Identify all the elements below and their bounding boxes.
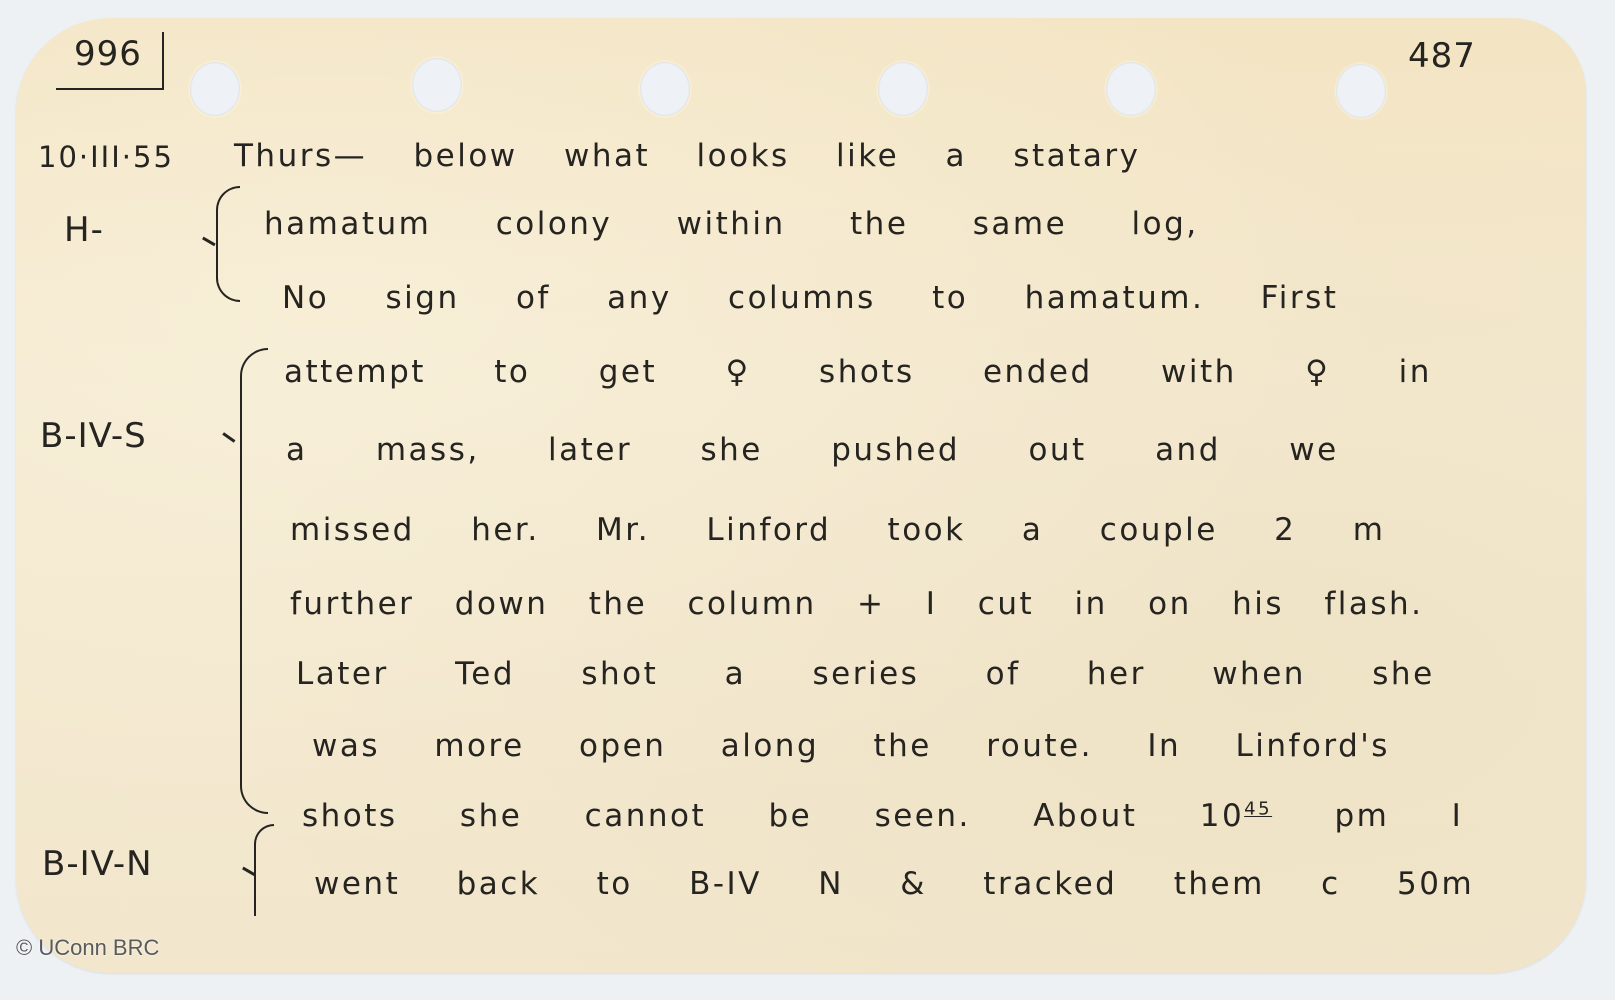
brace-h-tip — [202, 237, 215, 246]
entry-date: 10·III·55 — [38, 140, 174, 174]
brace-b-iv-s-tip — [223, 432, 236, 442]
copyright-watermark: © UConn BRC — [16, 935, 159, 961]
section-b-iv-s-line-6: was more open along the route. In Linfor… — [312, 728, 1390, 764]
section-label-b-iv-s: B-IV-S — [40, 416, 147, 456]
punch-hole-icon — [412, 58, 462, 112]
index-number: 996 — [74, 34, 142, 74]
section-h-line-2: No sign of any columns to hamatum. First — [282, 280, 1338, 316]
section-b-iv-s-line-1: attempt to get ♀ shots ended with ♀ in — [284, 354, 1432, 390]
header-text: Thurs— below what looks like a statary — [234, 138, 1140, 174]
section-label-h: H- — [64, 210, 104, 250]
section-h-line-1: hamatum colony within the same log, — [264, 206, 1199, 242]
time-minutes: 45 — [1244, 799, 1272, 820]
time-suffix-text: pm I — [1334, 798, 1463, 834]
punch-hole-icon — [640, 62, 690, 116]
brace-h — [216, 186, 240, 302]
punch-hole-icon — [1336, 64, 1386, 118]
section-label-b-iv-n: B-IV-N — [42, 844, 153, 884]
section-b-iv-s-line-5: Later Ted shot a series of her when she — [296, 656, 1435, 692]
section-b-iv-n-line-1: went back to B-IV N & tracked them c 50m — [314, 866, 1474, 902]
brace-b-iv-s — [240, 348, 268, 814]
section-b-iv-s-line-3: missed her. Mr. Linford took a couple 2 … — [290, 512, 1385, 548]
section-b-iv-s-line-7-text: shots she cannot be seen. About 10 — [302, 798, 1244, 834]
brace-b-iv-n — [254, 824, 274, 916]
section-b-iv-s-line-2: a mass, later she pushed out and we — [286, 432, 1339, 468]
time-suffix — [1272, 798, 1334, 834]
section-b-iv-s-line-4: further down the column + I cut in on hi… — [290, 586, 1424, 622]
punch-hole-icon — [190, 62, 240, 116]
scan-viewer: 996 487 10·III·55 Thurs— below what look… — [0, 0, 1615, 1000]
page-number: 487 — [1408, 36, 1476, 76]
punch-hole-icon — [1106, 62, 1156, 116]
section-b-iv-s-line-7: shots she cannot be seen. About 1045 pm … — [302, 798, 1463, 834]
field-notes-card: 996 487 10·III·55 Thurs— below what look… — [16, 18, 1586, 973]
punch-hole-icon — [878, 62, 928, 116]
